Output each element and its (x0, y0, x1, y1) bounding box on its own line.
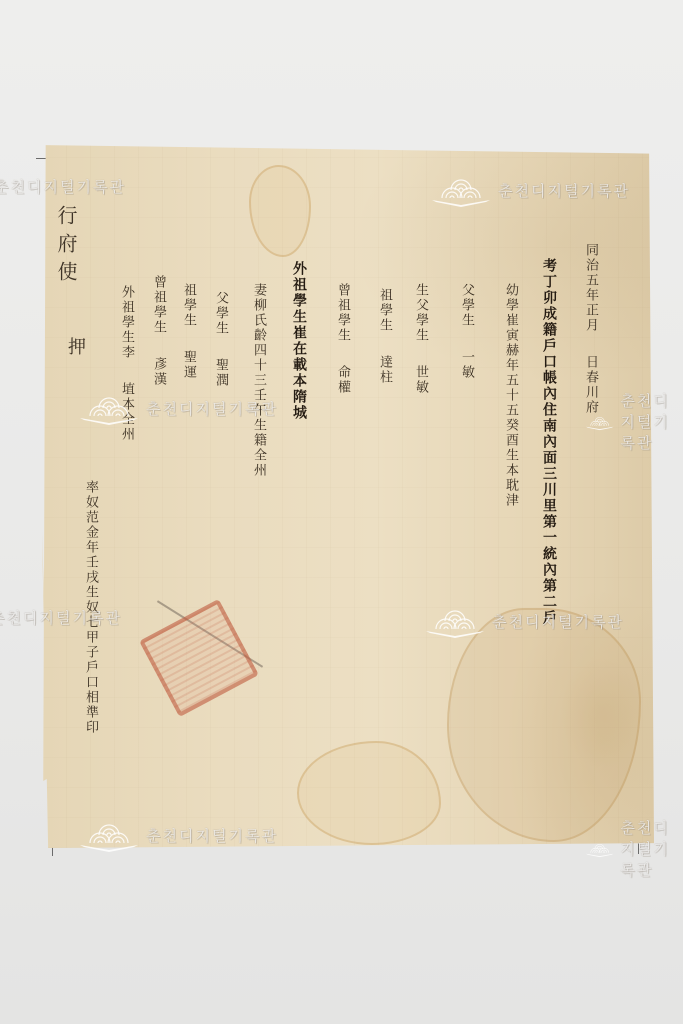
wife-column: 妻柳氏齡四十三壬午生籍全州 (252, 283, 265, 478)
great-grandfather-column: 曾祖學生命權 (336, 283, 349, 395)
watermark: 춘천디지털기록관 (585, 390, 683, 453)
watermark-text: 춘천디지털기록관 (146, 398, 278, 419)
watermark-text: 춘천디지털기록관 (620, 817, 683, 880)
watermark: 춘천디지털기록관 (424, 603, 624, 639)
watermark: 춘천디지털기록관 (0, 607, 122, 628)
great-grandfather-name: 命權 (335, 365, 350, 395)
issuer-title: 行府使 (54, 205, 78, 289)
wife-text: 妻柳氏齡四十三壬午生籍全州 (251, 283, 266, 478)
grandfather-label: 祖學生 (377, 288, 392, 333)
watermark-text: 춘천디지털기록관 (146, 825, 278, 846)
maternal-grandfather-column: 外祖學生崔在載本隋城 (292, 261, 306, 421)
wave-book-logo-icon (585, 404, 614, 440)
watermark-text: 춘천디지털기록관 (498, 180, 630, 201)
wave-book-logo-icon (78, 817, 140, 853)
watermark: 춘천디지털기록관 (0, 176, 126, 197)
householder-column: 幼學崔寅赫年五十五癸酉生本耽津 (504, 283, 517, 508)
grandfather-column: 祖學生達柱 (378, 288, 391, 385)
wife-great-grandfather-column: 曾祖學生彥漢 (152, 275, 165, 387)
watermark: 춘천디지털기록관 (430, 172, 630, 208)
registration-column: 考丁卯成籍戶口帳內住南內面三川里第一統內第二戶 (542, 258, 556, 626)
grandfather-name: 達柱 (377, 355, 392, 385)
maternal-grandfather-text: 外祖學生崔在載本隋城 (291, 261, 307, 421)
father-label: 父學生 (459, 283, 474, 328)
wife-grandfather-label: 祖學生 (181, 283, 196, 328)
watermark: 춘천디지털기록관 (585, 817, 683, 880)
signature-mark: 押 (68, 333, 90, 363)
father-column: 父學生一敏 (460, 283, 473, 380)
wife-father-label: 父學生 (213, 291, 228, 336)
householder-text: 幼學崔寅赫年五十五癸酉生本耽津 (503, 283, 518, 508)
wife-great-grandfather-name: 彥漢 (151, 357, 166, 387)
signature-glyph: 押 (68, 337, 86, 358)
watermark-text: 춘천디지털기록관 (620, 390, 683, 453)
birth-father-column: 生父學生世敏 (414, 283, 427, 395)
watermark: 춘천디지털기록관 (78, 390, 278, 426)
watermark-text: 춘천디지털기록관 (492, 611, 624, 632)
water-stain (297, 741, 441, 845)
wave-book-logo-icon (78, 390, 140, 426)
birth-father-label: 生父學生 (413, 283, 428, 343)
wife-maternal-grandfather-label: 外祖學生李 (119, 285, 134, 360)
watermark-text: 춘천디지털기록관 (0, 607, 122, 628)
watermark: 춘천디지털기록관 (78, 817, 278, 853)
wave-book-logo-icon (430, 172, 492, 208)
wife-grandfather-name: 聖運 (181, 350, 196, 380)
wife-father-column: 父學生聖潤 (214, 291, 227, 388)
wave-book-logo-icon (424, 603, 486, 639)
wife-grandfather-column: 祖學生聖運 (182, 283, 195, 380)
wife-great-grandfather-label: 曾祖學生 (151, 275, 166, 335)
father-name: 一敏 (459, 350, 474, 380)
document-paper: 同治五年正月日春川府 考丁卯成籍戶口帳內住南內面三川里第一統內第二戶 幼學崔寅赫… (42, 143, 654, 848)
issuer-column: 行府使 (56, 205, 76, 289)
great-grandfather-label: 曾祖學生 (335, 283, 350, 343)
watermark-text: 춘천디지털기록관 (0, 176, 126, 197)
birth-father-name: 世敏 (413, 365, 428, 395)
wave-book-logo-icon (585, 831, 614, 867)
date-text: 同治五年正月 (583, 243, 598, 333)
wife-father-name: 聖潤 (213, 358, 228, 388)
registration-text: 考丁卯成籍戶口帳內住南內面三川里第 (541, 258, 557, 530)
